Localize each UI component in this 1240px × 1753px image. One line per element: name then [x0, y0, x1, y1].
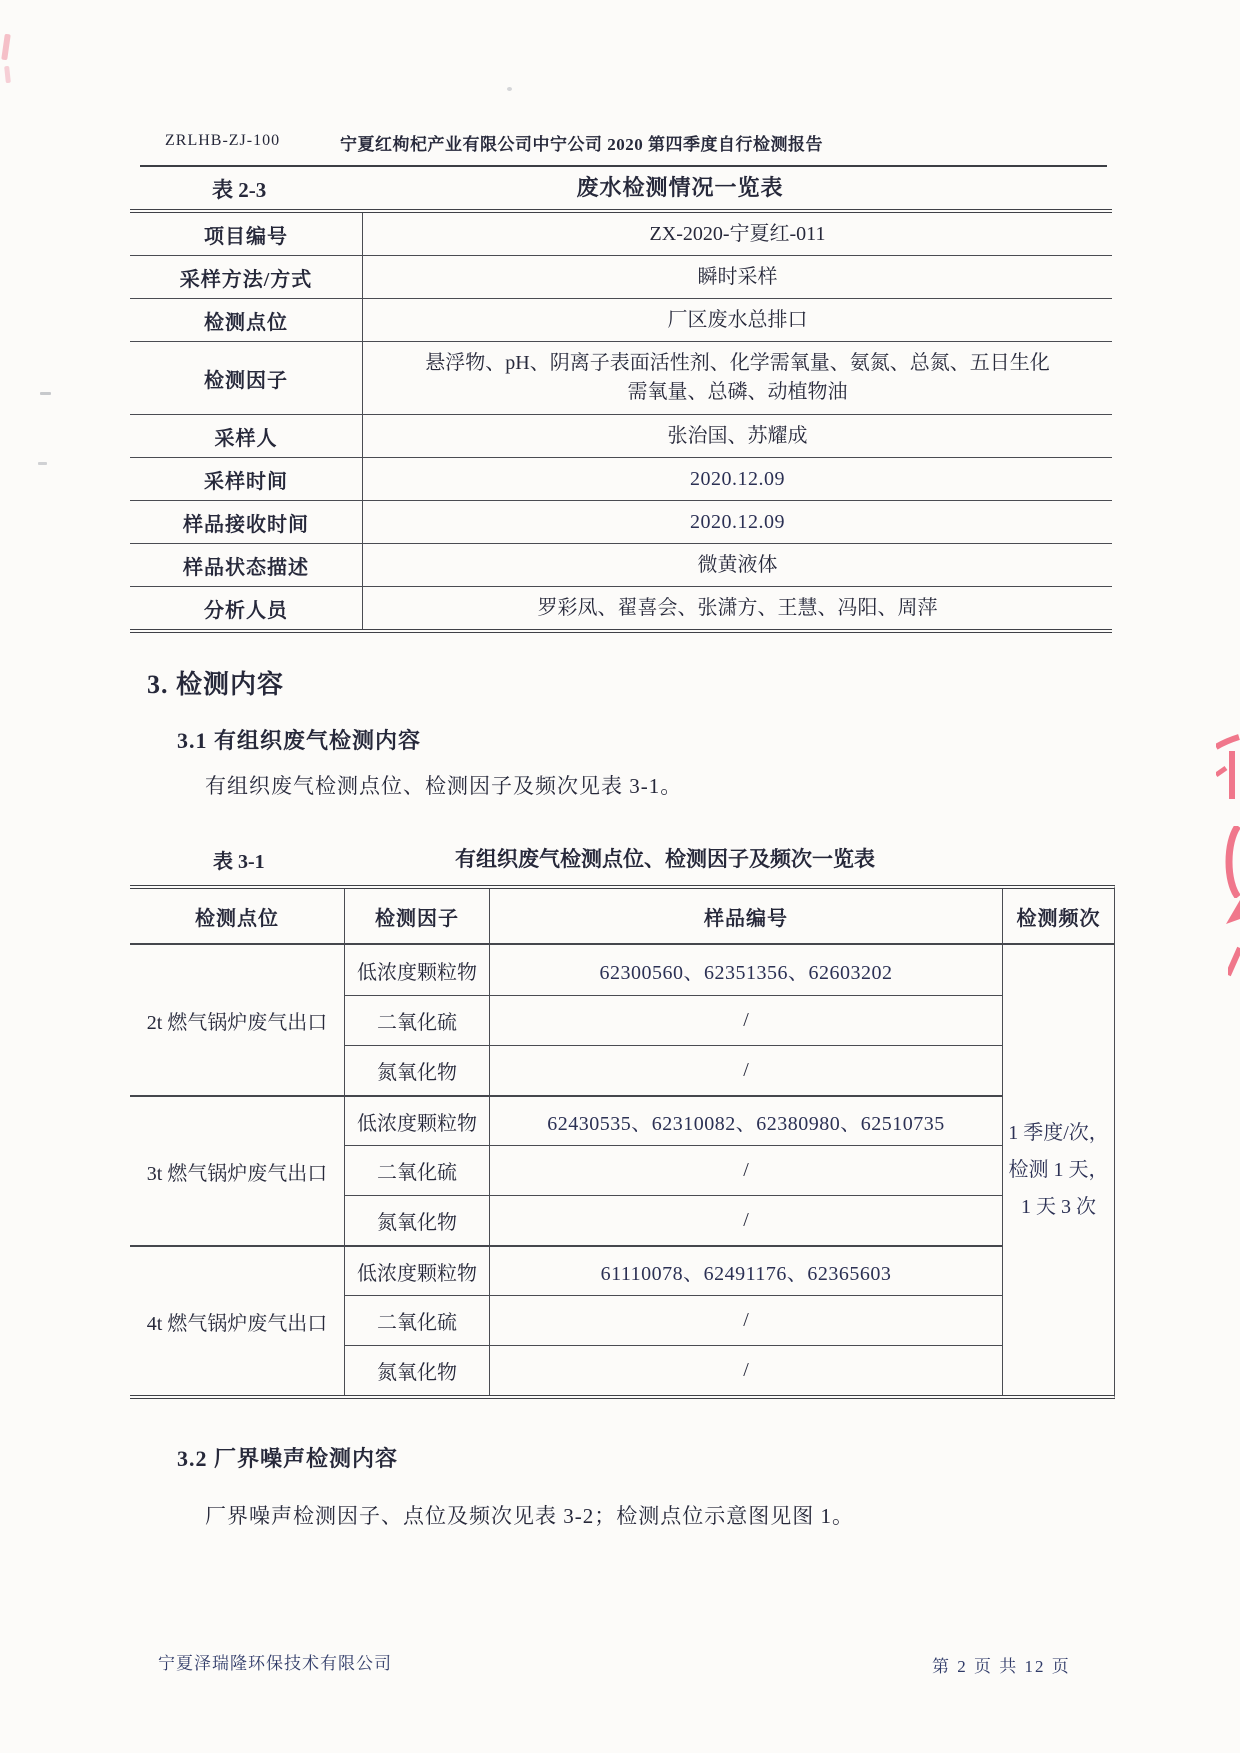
table-row: 样品接收时间 2020.12.09 — [130, 500, 1112, 543]
factor-cell: 二氧化硫 — [345, 1145, 490, 1195]
row-label: 样品接收时间 — [130, 501, 363, 543]
row-value: 厂区废水总排口 — [363, 299, 1112, 341]
factor-cell: 二氧化硫 — [345, 1295, 490, 1345]
column-header: 样品编号 — [490, 889, 1003, 945]
wastewater-table: 项目编号 ZX-2020-宁夏红-011 采样方法/方式 瞬时采样 检测点位 厂… — [130, 209, 1112, 633]
section-3-heading: 3. 检测内容 — [147, 664, 284, 701]
footer-company: 宁夏泽瑞隆环保技术有限公司 — [158, 1649, 392, 1674]
table23-caption-number: 表 2-3 — [212, 174, 266, 204]
row-label: 检测因子 — [130, 342, 363, 414]
table23-caption-title: 废水检测情况一览表 — [420, 171, 940, 202]
frequency-line: 检测 1 天， — [1009, 1152, 1109, 1189]
samples-cell: 62430535、62310082、62380980、62510735 — [490, 1095, 1003, 1145]
factor-cell: 低浓度颗粒物 — [345, 1095, 490, 1145]
factor-cell: 氮氧化物 — [345, 1345, 490, 1395]
factor-cell: 氮氧化物 — [345, 1045, 490, 1095]
row-label: 采样人 — [130, 415, 363, 457]
row-label: 采样时间 — [130, 458, 363, 500]
table-row: 采样人 张治国、苏耀成 — [130, 414, 1112, 457]
scan-artifact — [1, 34, 11, 61]
section-3-2-paragraph: 厂界噪声检测因子、点位及频次见表 3-2；检测点位示意图见图 1。 — [205, 1500, 854, 1530]
table-row: 分析人员 罗彩凤、翟喜会、张潇方、王慧、冯阳、周萍 — [130, 586, 1112, 629]
column-header: 检测点位 — [130, 889, 345, 945]
samples-cell: / — [490, 995, 1003, 1045]
row-value: 微黄液体 — [363, 544, 1112, 586]
column-header: 检测因子 — [345, 889, 490, 945]
row-label: 检测点位 — [130, 299, 363, 341]
table31-caption-title: 有组织废气检测点位、检测因子及频次一览表 — [360, 843, 970, 873]
row-value: ZX-2020-宁夏红-011 — [363, 213, 1112, 255]
samples-cell: / — [490, 1295, 1003, 1345]
scan-artifact — [4, 66, 11, 83]
factor-cell: 氮氧化物 — [345, 1195, 490, 1245]
document-title: 宁夏红枸杞产业有限公司中宁公司 2020 第四季度自行检测报告 — [340, 130, 823, 155]
table-row: 样品状态描述 微黄液体 — [130, 543, 1112, 586]
samples-cell: / — [490, 1345, 1003, 1395]
table-row: 采样方法/方式 瞬时采样 — [130, 255, 1112, 298]
table-row: 检测因子 悬浮物、pH、阴离子表面活性剂、化学需氧量、氨氮、总氮、五日生化需氧量… — [130, 341, 1112, 414]
factor-cell: 低浓度颗粒物 — [345, 1245, 490, 1295]
table-row: 检测点位 厂区废水总排口 — [130, 298, 1112, 341]
row-label: 项目编号 — [130, 213, 363, 255]
factor-cell: 低浓度颗粒物 — [345, 945, 490, 995]
frequency-line: 1 季度/次， — [1008, 1115, 1109, 1152]
row-value: 张治国、苏耀成 — [363, 415, 1112, 457]
samples-cell: / — [490, 1045, 1003, 1095]
scan-artifact — [507, 87, 512, 91]
scan-artifact — [40, 392, 51, 395]
table-row: 采样时间 2020.12.09 — [130, 457, 1112, 500]
samples-cell: 61110078、62491176、62365603 — [490, 1245, 1003, 1295]
red-stamp-fragment — [1224, 826, 1240, 898]
row-value: 2020.12.09 — [363, 501, 1112, 543]
monitor-point: 4t 燃气锅炉废气出口 — [130, 1245, 345, 1395]
table31-caption-number: 表 3-1 — [213, 845, 265, 874]
row-value: 瞬时采样 — [363, 256, 1112, 298]
organized-exhaust-table: 检测点位 检测因子 样品编号 检测频次 2t 燃气锅炉废气出口 低浓度颗粒物 6… — [130, 885, 1115, 1399]
samples-cell: / — [490, 1145, 1003, 1195]
frequency-line: 1 天 3 次 — [1021, 1189, 1096, 1226]
section-3-1-paragraph: 有组织废气检测点位、检测因子及频次见表 3-1。 — [205, 770, 682, 800]
section-3-1-heading: 3.1 有组织废气检测内容 — [177, 724, 421, 755]
samples-cell: 62300560、62351356、62603202 — [490, 945, 1003, 995]
document-code: ZRLHB-ZJ-100 — [165, 132, 280, 150]
monitor-point: 3t 燃气锅炉废气出口 — [130, 1095, 345, 1245]
scan-artifact — [38, 462, 47, 465]
row-value: 2020.12.09 — [363, 458, 1112, 500]
red-stamp-fragment — [1216, 733, 1240, 803]
samples-cell: / — [490, 1195, 1003, 1245]
table-row: 项目编号 ZX-2020-宁夏红-011 — [130, 213, 1112, 255]
factor-cell: 二氧化硫 — [345, 995, 490, 1045]
column-header: 检测频次 — [1003, 889, 1114, 945]
frequency-cell: 1 季度/次， 检测 1 天， 1 天 3 次 — [1003, 945, 1114, 1395]
monitor-point: 2t 燃气锅炉废气出口 — [130, 945, 345, 1095]
footer-page-number: 第 2 页 共 12 页 — [932, 1652, 1071, 1677]
row-label: 分析人员 — [130, 587, 363, 629]
row-value: 悬浮物、pH、阴离子表面活性剂、化学需氧量、氨氮、总氮、五日生化需氧量、总磷、动… — [363, 342, 1112, 414]
section-3-2-heading: 3.2 厂界噪声检测内容 — [177, 1442, 398, 1473]
red-stamp-fragment — [1226, 900, 1240, 928]
report-page: ZRLHB-ZJ-100 宁夏红枸杞产业有限公司中宁公司 2020 第四季度自行… — [0, 0, 1240, 1753]
row-label: 样品状态描述 — [130, 544, 363, 586]
header-rule — [140, 165, 1107, 167]
red-stamp-fragment — [1228, 946, 1240, 978]
row-label: 采样方法/方式 — [130, 256, 363, 298]
row-value: 罗彩凤、翟喜会、张潇方、王慧、冯阳、周萍 — [363, 587, 1112, 629]
